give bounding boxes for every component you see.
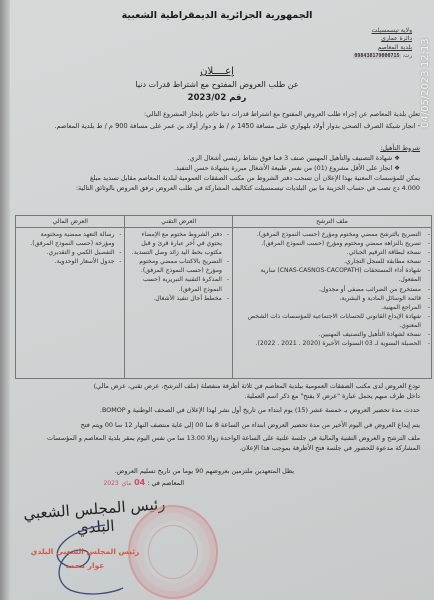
qualification-title: شروط التأهيل: (380, 144, 420, 153)
list-item: رسالة التعهد ممضية ومختومة ومؤرخة (حسب ا… (20, 230, 114, 248)
reference-label: رت: (402, 53, 412, 59)
column-financial: العرض المالي رسالة التعهد ممضية ومختومة … (16, 216, 124, 378)
announcement-subtitle: عن طلب العروض المفتوح مع اشتراط قدرات دن… (0, 80, 434, 89)
reference-number: 098438179000715 (353, 53, 400, 59)
closing-paragraph-line: حددت مدة تحضير العروض بـ خمسة عشر (15) ي… (10, 406, 420, 415)
date-day: 04 (134, 478, 145, 487)
column-header: ملف الترشح (233, 216, 431, 228)
issuer-daira: دائرة عماري (326, 35, 412, 43)
validity-line: يظل المتعهدين ملتزمين بعروضهم 90 يوما من… (4, 467, 294, 476)
issuer-wilaya: ولاية تيسمسيلت (326, 27, 412, 35)
fee-paragraph-line: يمكن للمؤسسات المعنية بهذا الإعلان أن تس… (10, 174, 420, 183)
list-item: مستخرج من الضرائب مصفى أو مجدول. (237, 285, 421, 294)
list-item: جدول الأسعار الوحدوية. (20, 257, 114, 266)
date-month: ماي (122, 480, 132, 487)
closing-paragraph-line: داخل ظرف مبهم يحمل عبارة "عرض لا يفتح" م… (10, 392, 420, 401)
list-item: شهادة أداء المستحقات (CNAS-CASNOS-CACOPA… (237, 266, 421, 284)
technical-list: دفتر الشروط مختوم مع الإمضاء يحتوي في آخ… (129, 230, 227, 303)
closing-paragraph-line: المشاركة مدعوة للحضور في جلسة فتح الأظرف… (10, 444, 420, 453)
list-item: نسخة مطابقة للسجل التجاري. (237, 257, 421, 266)
financial-list: رسالة التعهد ممضية ومختومة ومؤرخة (حسب ا… (20, 230, 120, 266)
announcement-number: رقم 2023/02 (0, 93, 434, 103)
intro-paragraph: تعلن بلدية المعاصم عن إجراء طلب العروض ا… (10, 110, 420, 119)
fee-paragraph-line: 4.000 دج تصب في حساب الخزينة ما بين البل… (10, 184, 420, 193)
official-seal-icon (128, 505, 218, 599)
column-technical: العرض التقني دفتر الشروط مختوم مع الإمضا… (124, 216, 231, 378)
place-date-line: المعاصم في : 04 ماي 2023 (4, 478, 184, 487)
list-item: المذكرة التقنية التبريرية (حسب النموذج ا… (129, 275, 221, 293)
documents-table: ملف الترشح التصريح بالترشح ممضي ومختوم و… (15, 215, 432, 379)
column-candidature: ملف الترشح التصريح بالترشح ممضي ومختوم و… (232, 216, 431, 378)
place-date-label: المعاصم في : (147, 479, 184, 487)
date-stamp: 04 ماي 2023 (103, 478, 145, 487)
stamp-name: عوار محمد (30, 559, 140, 573)
qualification-item: ❖ انجاز على الأقل مشروع (01) من نفس طبيع… (30, 164, 400, 173)
list-item: تصريح بالنزاهة ممضي ومختوم ومؤرخ (حسب ال… (237, 239, 421, 248)
announcement-title: إعــــلان (0, 66, 434, 77)
list-item: مخطط أجال تنفيذ الأشغال. (129, 294, 221, 303)
issuer-block: ولاية تيسمسيلت دائرة عماري بلدية المعاصم… (326, 27, 412, 61)
list-item: التصريح بالترشح ممضي ومختوم ومؤرخ (حسب ا… (237, 230, 421, 239)
column-header: العرض التقني (125, 216, 231, 228)
list-item: التصريح بالاكتتاب ممضي ومختوم ومؤرخ (حسب… (129, 257, 221, 275)
stamp-title: رئيس المجلس الشعبي البلدي (30, 545, 140, 559)
project-description: - انجاز شبكة الصرف الصحي بدوار أولاد بله… (20, 122, 420, 132)
signature-stamp: رئيس المجلس الشعبي البلدي عوار محمد (30, 545, 140, 573)
list-item: قائمة الوسائل المادية و البشرية. (237, 294, 421, 303)
closing-paragraph-line: ملف الترشح و العروض التقنية والمالية في … (10, 434, 420, 443)
photo-timestamp: 04/05/2023 12:13 (420, 28, 434, 128)
issuer-reference: رت: 098438179000715 (326, 52, 412, 60)
candidature-list: التصريح بالترشح ممضي ومختوم ومؤرخ (حسب ا… (237, 230, 427, 348)
list-item: دفتر الشروط مختوم مع الإمضاء يحتوي في آخ… (129, 230, 221, 257)
qualification-item: ❖ شهادة التصنيف والتأهيل المهنيين صنف 3 … (30, 154, 400, 163)
republic-header: الجمهورية الجزائرية الديمقراطية الشعبية (0, 10, 434, 21)
list-item: الحصيلة السنوية لـ 03 السنوات الأخيرة (2… (237, 339, 421, 348)
list-item: نسخة لبطاقة الترقيم الجبائي. (237, 248, 421, 257)
list-item: نسخة لشهادة التأهيل والتصنيف المهنيين. (237, 330, 421, 339)
date-year: 2023 (103, 480, 118, 487)
closing-paragraph-line: تودع العروض لدى مكتب الصفقات العمومية بب… (10, 382, 420, 391)
issuer-commune: بلدية المعاصم (326, 44, 412, 52)
list-item: شهادة الإيداع القانوني للحسابات الاجتماع… (237, 312, 421, 330)
closing-paragraph-line: يتم إيداع العروض في اليوم الأخير من مدة … (10, 421, 420, 430)
scanned-document: الجمهورية الجزائرية الديمقراطية الشعبية … (0, 0, 434, 600)
column-header: العرض المالي (16, 216, 124, 228)
list-item: التفصيل الكمي و التقديري. (20, 248, 114, 257)
list-item: المراجع المهنية. (237, 303, 421, 312)
